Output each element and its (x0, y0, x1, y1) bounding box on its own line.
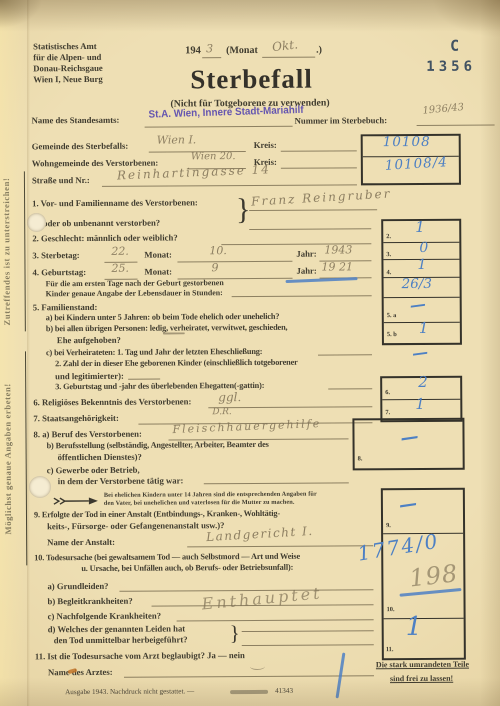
item5c3-label: und legitimierter): (55, 371, 124, 381)
monat-handwritten: Okt. (271, 37, 298, 54)
sterbebuch-handwritten: 1936/43 (422, 102, 464, 117)
geburtstag-jahr: 19 21 (321, 260, 353, 273)
arrow-note-line1: Bei ehelichen Kindern unter 14 Jahren si… (104, 491, 317, 499)
item1-line2: oder ob unbenannt verstorben? (43, 218, 160, 229)
office-line-4: Wien I, Neue Burg (33, 74, 102, 84)
strasse-label: Straße und Nr.: (32, 175, 90, 185)
fill-line (187, 545, 373, 547)
scanned-death-record-form: Statistisches Amt für die Alpen- und Don… (0, 0, 500, 706)
standesamt-label: Name des Standesamts: (32, 115, 120, 126)
boxed-note-line1: Die stark umrandeten Teile (376, 660, 469, 670)
item10a-label: a) Grundleiden? (47, 581, 108, 591)
fill-line (242, 644, 374, 646)
arzt-label: Name des Arztes: (48, 667, 113, 677)
office-line-3: Donau-Reichsgaue (33, 63, 103, 73)
imprint-number: 41343 (275, 687, 293, 695)
code-top-value: 10108 (383, 134, 431, 150)
fill-line (249, 228, 371, 230)
item5c1-label: c) bei Verheirateten: 1. Tag und Jahr de… (46, 347, 262, 357)
code-value-11: 1 (406, 612, 423, 642)
kreis-label-1: Kreis: (254, 140, 277, 150)
item5-heading: 5. Familienstand: (33, 302, 98, 312)
fill-line (177, 261, 292, 263)
deceased-name-handwritten: Franz Reingruber (251, 186, 392, 208)
series-letter: C (450, 37, 459, 55)
item3-jahr-label: Jahr: (296, 249, 316, 259)
fill-line (318, 354, 372, 355)
fill-line (328, 388, 372, 389)
item10c-label: c) Nachfolgende Krankheiten? (48, 611, 161, 622)
fill-line (281, 150, 357, 151)
code-value-5b: 1 (419, 319, 429, 337)
pencil-mark-ja (250, 663, 265, 670)
fill-line (242, 630, 374, 632)
imprint-fine-print (230, 690, 268, 694)
code-value-8: — (399, 426, 420, 449)
code-value-6: 2 (418, 373, 428, 391)
item8c-label: c) Gewerbe oder Betrieb, (47, 465, 140, 476)
serial-number: 1356 (426, 59, 476, 75)
code-value-5c: — (411, 342, 429, 363)
item5c2-label: 2. Zahl der in dieser Ehe geborenen Kind… (55, 358, 298, 368)
geburtstag-monat: 9 (211, 261, 218, 274)
religion-handwritten: ggl. (218, 390, 241, 404)
punch-hole (29, 476, 51, 498)
code-label-10: 10. (387, 606, 395, 613)
arrow-icon (53, 496, 99, 506)
item8b-label: b) Berufsstellung (selbständig, Angestel… (47, 440, 269, 450)
sterbetag-day: 22. (111, 245, 129, 258)
boxed-note-line2: sind frei zu lassen! (390, 674, 453, 683)
code-value-7: 1 (415, 395, 425, 413)
fill-line (124, 675, 374, 678)
item10d-line2: den Tod unmittelbar herbeigeführt? (54, 634, 188, 645)
fill-line (249, 209, 377, 211)
fill-line (281, 167, 357, 168)
item9-line1: 9. Erfolgte der Tod in einer Anstalt (En… (34, 509, 280, 520)
pencil-underline-ledig (163, 332, 185, 334)
item10d-line1: d) Welches der genannten Leiden hat (48, 623, 186, 634)
office-line-1: Statistisches Amt (33, 41, 97, 51)
fill-line (145, 126, 293, 128)
sterbetag-monat: 10. (209, 244, 227, 257)
blue-strike-mark (286, 277, 358, 282)
item10b-label: b) Begleitkrankheiten? (47, 596, 132, 607)
code-value-3: 0 (419, 240, 428, 256)
paren-close: .) (316, 45, 322, 56)
form-sheet: Statistisches Amt für die Alpen- und Don… (0, 0, 500, 706)
fill-line (202, 57, 221, 58)
item9-line2: keits-, Fürsorge- oder Gefangenenanstalt… (47, 520, 225, 531)
code-value-5a: — (409, 294, 427, 315)
fill-line (232, 295, 372, 297)
code-label-6: 6. (385, 389, 390, 396)
code-value-2: 1 (415, 218, 425, 236)
margin-note-top: Zutreffendes ist zu unterstreichen! (1, 169, 23, 333)
beruf-handwritten: Fleischhauergehilfe (172, 417, 321, 436)
arrow-note-line2: den Vater, bei unehelichen und vaterlose… (104, 499, 295, 507)
item8b-line2: öffentlichen Dienstes)? (58, 452, 142, 463)
year-print: 194 (185, 45, 201, 56)
item4-label: 4. Geburtstag: (32, 267, 86, 277)
code-label-5b: 5. b (387, 331, 397, 338)
fill-line (208, 406, 372, 408)
office-line-2: für die Alpen- und (33, 52, 101, 62)
code-label-8: 8. (358, 455, 363, 462)
item11-label: 11. Ist die Todesursache vom Arzt beglau… (35, 650, 245, 661)
item6-label: 6. Religiöses Bekenntnis des Verstorbene… (33, 396, 191, 407)
item4-note1: Für die am ersten Tage nach der Geburt g… (46, 278, 224, 288)
fill-line (204, 482, 349, 484)
code-label-3: 3. (386, 251, 391, 258)
item1-label: 1. Vor- und Familienname des Verstorbene… (32, 197, 198, 208)
item2-label: 2. Geschlecht: männlich oder weiblich? (32, 232, 177, 243)
sterbebuch-label: Nummer im Sterbebuch: (295, 115, 388, 126)
margin-rule-bottom (25, 351, 27, 565)
item5a-label: a) bei Kindern unter 5 Jahren: ob beim T… (46, 312, 280, 322)
item10-line1: 10. Todesursache (bei gewaltsamem Tod — … (34, 552, 300, 563)
item3-monat-label: Monat: (144, 249, 172, 259)
margin-rule-top (24, 171, 26, 331)
item3-label: 3. Sterbetag: (32, 250, 79, 260)
code-label-2: 2. (386, 233, 391, 240)
wohngemeinde-handwritten: Wien 20. (191, 151, 236, 162)
item8c-line2: in dem der Verstorbene tätig war: (58, 475, 184, 486)
nationality-handwritten: D.R. (212, 407, 231, 417)
fill-line (102, 184, 357, 187)
item4-jahr-label: Jahr: (296, 266, 316, 276)
code-label-7: 7. (385, 409, 390, 416)
item5b-line2: Ehe aufgehoben? (57, 335, 121, 345)
item7-label: 7. Staatsangehörigkeit: (33, 413, 118, 424)
code-label-5a: 5. a (387, 312, 397, 319)
form-title: Sterbefall (190, 64, 313, 96)
fill-line (262, 57, 315, 58)
anstalt-label: Name der Anstalt: (47, 537, 115, 547)
margin-note-bottom: Möglichst genaue Angaben erbeten! (2, 351, 24, 565)
geburtstag-day: 25. (111, 262, 129, 275)
item10d-brace: } (230, 621, 240, 646)
code-value-4: 1 (417, 257, 426, 273)
gemeinde-label: Gemeinde des Sterbefalls: (32, 141, 129, 152)
code-label-9: 9. (386, 522, 391, 529)
sterbetag-jahr: 1943 (324, 243, 352, 256)
fill-line (417, 125, 495, 126)
box-divider (384, 618, 464, 619)
code-value-4b: 26/3 (402, 276, 432, 292)
gemeinde-handwritten: Wien I. (157, 133, 197, 146)
code-label-4: 4. (386, 269, 391, 276)
fill-line (128, 379, 160, 380)
imprint-text: Ausgabe 1943. Nachdruck nicht gestattet.… (65, 687, 194, 696)
item4-note2: Kinder genaue Angabe der Lebensdauer in … (46, 288, 223, 298)
code-value-9: — (397, 493, 418, 516)
code-pencil-198: 198 (408, 559, 460, 592)
item8a-label: 8. a) Beruf des Verstorbenen: (33, 429, 141, 440)
code-label-11: 11. (386, 646, 394, 653)
item4-monat-label: Monat: (144, 266, 172, 276)
fill-line (177, 619, 374, 621)
item10-line2: u. Ursache, bei Unfällen auch, ob Berufs… (81, 563, 293, 573)
monat-label: (Monat (226, 45, 258, 56)
punch-hole (27, 213, 46, 232)
todesursache-handwritten: Enthauptet (201, 583, 323, 613)
year-handwritten: 3 (206, 42, 213, 55)
